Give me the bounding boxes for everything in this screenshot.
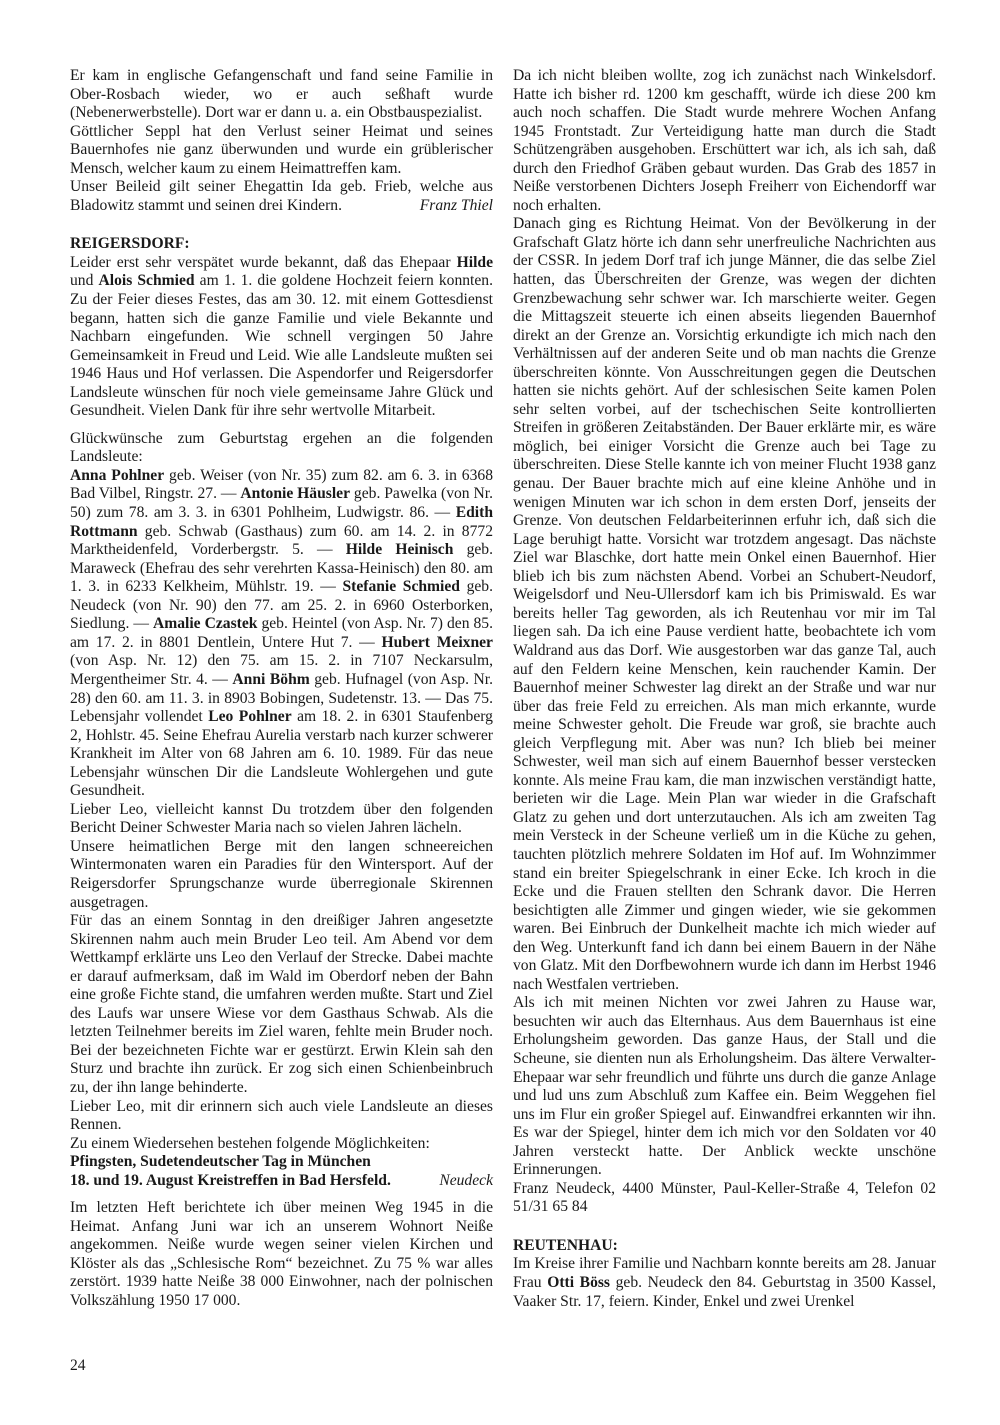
right-column: Da ich nicht bleiben wollte, zog ich zun… <box>513 67 936 1311</box>
paragraph: Im letzten Heft berichtete ich über mein… <box>70 1199 493 1310</box>
author-contact: Franz Neudeck, 4400 Münster, Paul-Keller… <box>513 1180 936 1217</box>
person-name: Antonie Häusler <box>240 485 350 502</box>
person-name: Hilde Heinisch <box>346 541 454 558</box>
text: Glückwünsche zum Geburtstag ergehen an d… <box>70 430 493 466</box>
section-heading-reigersdorf: REIGERSDORF: <box>70 235 493 254</box>
paragraph: Lieber Leo, vielleicht kannst Du trotzde… <box>70 801 493 838</box>
paragraph: Da ich nicht bleiben wollte, zog ich zun… <box>513 67 936 215</box>
person-name: Otti Böss <box>547 1274 610 1291</box>
paragraph: Danach ging es Richtung Heimat. Von der … <box>513 215 936 994</box>
paragraph: Er kam in englische Gefangenschaft und f… <box>70 67 493 123</box>
paragraph: Lieber Leo, mit dir erinnern sich auch v… <box>70 1098 493 1135</box>
event-line: 18. und 19. August Kreistreffen in Bad H… <box>70 1172 391 1191</box>
event-line: Pfingsten, Sudetendeutscher Tag in Münch… <box>70 1153 493 1172</box>
person-name: Alois Schmied <box>99 272 195 289</box>
paragraph: Unsere heimatlichen Berge mit den langen… <box>70 838 493 912</box>
paragraph: Als ich mit meinen Nichten vor zwei Jahr… <box>513 994 936 1179</box>
paragraph: Für das an einem Sonntag in den dreißige… <box>70 912 493 1097</box>
paragraph: Göttlicher Seppl hat den Verlust seiner … <box>70 123 493 179</box>
left-column: Er kam in englische Gefangenschaft und f… <box>70 67 493 1311</box>
document-page: Er kam in englische Gefangenschaft und f… <box>0 0 1000 1425</box>
person-name: Hubert Meixner <box>381 634 493 651</box>
text: am 1. 1. die goldene Hochzeit feiern kon… <box>70 272 493 419</box>
event-line-with-signature: 18. und 19. August Kreistreffen in Bad H… <box>70 1172 493 1191</box>
author-signature: Neudeck <box>439 1172 493 1191</box>
person-name: Anna Pohlner <box>70 467 164 484</box>
paragraph: Zu einem Wiedersehen bestehen folgende M… <box>70 1135 493 1154</box>
paragraph: Im Kreise ihrer Familie und Nachbarn kon… <box>513 1255 936 1311</box>
section-heading-reutenhau: REUTENHAU: <box>513 1237 936 1256</box>
person-name: Hilde <box>457 254 493 271</box>
person-name: Stefanie Schmied <box>342 578 460 595</box>
paragraph-birthdays: Glückwünsche zum Geburtstag ergehen an d… <box>70 430 493 801</box>
text: und <box>70 272 99 289</box>
text: Leider erst sehr verspätet wurde bekannt… <box>70 254 457 271</box>
person-name: Amalie Czastek <box>153 615 257 632</box>
person-name: Leo Pohlner <box>208 708 291 725</box>
page-number: 24 <box>70 1357 86 1376</box>
person-name: Anni Böhm <box>232 671 309 688</box>
paragraph: Leider erst sehr verspätet wurde bekannt… <box>70 254 493 421</box>
author-signature: Franz Thiel <box>420 197 493 214</box>
